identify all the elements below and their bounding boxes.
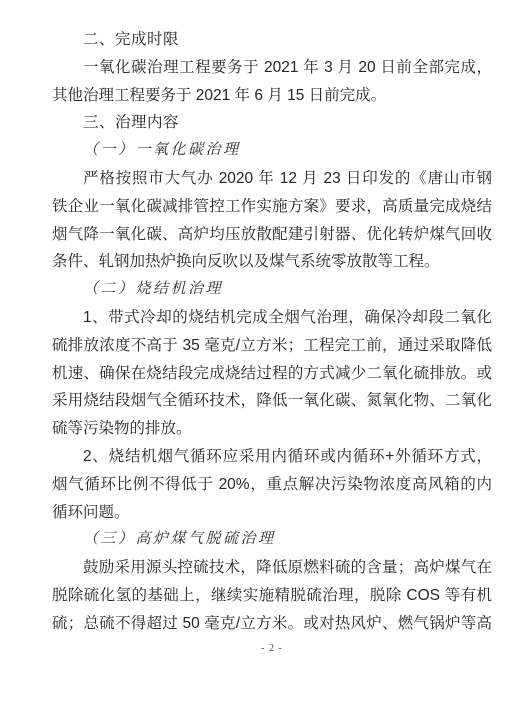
doc-line: 烟气降一氧化碳、高炉均压放散配建引射器、优化转炉煤气回收 xyxy=(52,221,492,249)
doc-line: 一氧化碳治理工程要务于 2021 年 3 月 20 日前全部完成， xyxy=(52,54,492,82)
page-number: - 2 - xyxy=(52,643,492,654)
document-page: 二、完成时限一氧化碳治理工程要务于 2021 年 3 月 20 日前全部完成，其… xyxy=(0,0,532,712)
doc-line: 三、治理内容 xyxy=(52,109,492,137)
doc-line: （一）一氧化碳治理 xyxy=(52,137,492,165)
document-body: 二、完成时限一氧化碳治理工程要务于 2021 年 3 月 20 日前全部完成，其… xyxy=(52,26,492,638)
doc-line: 烟气循环比例不得低于 20%，重点解决污染物浓度高风箱的内 xyxy=(52,471,492,499)
doc-line: 硫等污染物的排放。 xyxy=(52,415,492,443)
doc-line: 其他治理工程要务于 2021 年 6 月 15 日前完成。 xyxy=(52,82,492,110)
doc-line: 铁企业一氧化碳减排管控工作实施方案》要求，高质量完成烧结 xyxy=(52,193,492,221)
doc-line: 严格按照市大气办 2020 年 12 月 23 日印发的《唐山市钢 xyxy=(52,165,492,193)
doc-line: 硫；总硫不得超过 50 毫克/立方米。或对热风炉、燃气锅炉等高 xyxy=(52,610,492,638)
doc-line: 脱除硫化氢的基础上，继续实施精脱硫治理，脱除 COS 等有机 xyxy=(52,582,492,610)
doc-line: （二）烧结机治理 xyxy=(52,276,492,304)
doc-line: （三）高炉煤气脱硫治理 xyxy=(52,526,492,554)
doc-line: 2、烧结机烟气循环应采用内循环或内循环+外循环方式， xyxy=(52,443,492,471)
doc-line: 硫排放浓度不高于 35 毫克/立方米；工程完工前，通过采取降低 xyxy=(52,332,492,360)
doc-line: 循环问题。 xyxy=(52,499,492,527)
doc-line: 机速、确保在烧结段完成烧结过程的方式减少二氧化硫排放。或 xyxy=(52,360,492,388)
doc-line: 采用烧结段烟气全循环技术，降低一氧化碳、氮氧化物、二氧化 xyxy=(52,387,492,415)
doc-line: 条件、轧钢加热炉换向反吹以及煤气系统零放散等工程。 xyxy=(52,248,492,276)
doc-line: 二、完成时限 xyxy=(52,26,492,54)
doc-line: 1、带式冷却的烧结机完成全烟气治理，确保冷却段二氧化 xyxy=(52,304,492,332)
doc-line: 鼓励采用源头控硫技术，降低原燃料硫的含量；高炉煤气在 xyxy=(52,554,492,582)
